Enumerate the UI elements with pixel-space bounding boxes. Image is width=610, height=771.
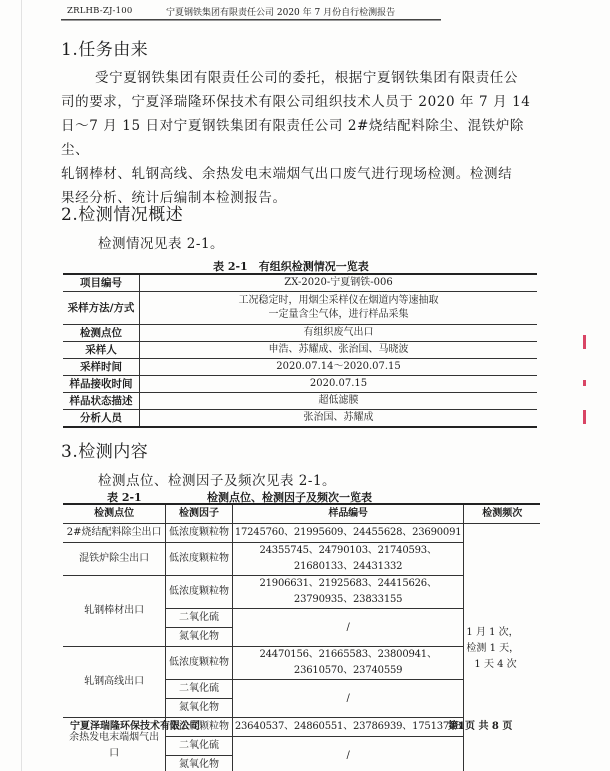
factor-cell: 低浓度颗粒物 bbox=[166, 647, 233, 680]
footer-company: 宁夏泽瑞隆环保技术有限公司 bbox=[70, 717, 200, 732]
seal-stamp-fragment bbox=[583, 410, 586, 424]
row-label: 采样人 bbox=[63, 342, 140, 359]
factor-cell: 氮氧化物 bbox=[166, 756, 233, 771]
paragraph-line: 司的要求，宁夏泽瑞隆环保技术有限公司组织技术人员于 2020 年 7 月 14 bbox=[61, 90, 531, 114]
samples-cell: / bbox=[232, 609, 464, 647]
seal-stamp-fragment bbox=[583, 335, 586, 349]
seal-stamp-fragment bbox=[583, 380, 586, 386]
factor-cell: 低浓度颗粒物 bbox=[166, 543, 233, 576]
factor-cell: 二氧化硫 bbox=[166, 737, 233, 756]
paragraph-line: 轧钢棒材、轧钢高线、余热发电末端烟气出口废气进行现场检测。检测结 bbox=[61, 162, 531, 186]
document-code: ZRLHB-ZJ-100 bbox=[67, 6, 132, 16]
column-header: 检测因子 bbox=[166, 504, 233, 524]
factor-cell: 二氧化硫 bbox=[166, 609, 233, 628]
row-value: ZX-2020-宁夏钢铁-006 bbox=[140, 274, 538, 292]
row-label: 采样方法/方式 bbox=[63, 292, 140, 325]
table-row: 样品状态描述 超低滤膜 bbox=[63, 393, 537, 410]
samples-cell: 23640537、24860551、23786939、17513788 bbox=[232, 718, 464, 737]
factor-cell: 低浓度颗粒物 bbox=[166, 524, 233, 543]
row-label: 样品接收时间 bbox=[63, 376, 140, 393]
samples-cell: / bbox=[232, 680, 464, 718]
row-value: 张治国、苏耀成 bbox=[140, 410, 538, 428]
row-value: 申浩、苏耀成、张治国、马晓波 bbox=[140, 342, 538, 359]
location-cell: 轧钢棒材出口 bbox=[63, 576, 166, 647]
column-header: 样品编号 bbox=[232, 504, 464, 524]
row-value: 有组织废气出口 bbox=[140, 325, 538, 342]
factor-cell: 氮氧化物 bbox=[166, 699, 233, 718]
paragraph-line: 受宁夏钢铁集团有限责任公司的委托，根据宁夏钢铁集团有限责任公 bbox=[61, 66, 531, 90]
row-value: 工况稳定时，用烟尘采样仪在烟道内等速抽取 一定量含尘气体，进行样品采集 bbox=[140, 292, 538, 325]
samples-cell: 17245760、21995609、24455628、23690091 bbox=[232, 524, 464, 543]
table-row: 检测点位 有组织废气出口 bbox=[63, 325, 537, 342]
table-row: 分析人员 张治国、苏耀成 bbox=[63, 410, 537, 428]
table-row: 采样方法/方式 工况稳定时，用烟尘采样仪在烟道内等速抽取 一定量含尘气体，进行样… bbox=[63, 292, 537, 325]
samples-cell: / bbox=[232, 737, 464, 771]
section-2-intro: 检测情况见表 2-1。 bbox=[98, 232, 224, 252]
section-3-heading: 3.检测内容 bbox=[61, 437, 148, 462]
table-row: 2#烧结配料除尘出口 低浓度颗粒物 17245760、21995609、2445… bbox=[63, 524, 540, 543]
row-label: 样品状态描述 bbox=[63, 393, 140, 410]
table-row: 项目编号 ZX-2020-宁夏钢铁-006 bbox=[63, 274, 537, 292]
table-row: 采样时间 2020.07.14～2020.07.15 bbox=[63, 359, 537, 376]
row-label: 检测点位 bbox=[63, 325, 140, 342]
sampling-overview-table: 项目编号 ZX-2020-宁夏钢铁-006 采样方法/方式 工况稳定时，用烟尘采… bbox=[63, 273, 537, 428]
row-label: 分析人员 bbox=[63, 410, 140, 428]
section-1-paragraph: 受宁夏钢铁集团有限责任公司的委托，根据宁夏钢铁集团有限责任公 司的要求，宁夏泽瑞… bbox=[61, 66, 531, 210]
factor-cell: 二氧化硫 bbox=[166, 680, 233, 699]
samples-cell: 24355745、24790103、21740593、21680133、2443… bbox=[232, 543, 464, 576]
location-cell: 轧钢高线出口 bbox=[63, 647, 166, 718]
page-number: 第1页 共 8 页 bbox=[448, 717, 512, 732]
row-value: 超低滤膜 bbox=[140, 393, 538, 410]
samples-cell: 24470156、21665583、23800941、23610570、2374… bbox=[232, 647, 464, 680]
row-label: 采样时间 bbox=[63, 359, 140, 376]
table-row: 样品接收时间 2020.07.15 bbox=[63, 376, 537, 393]
factor-cell: 低浓度颗粒物 bbox=[166, 576, 233, 609]
header-divider-shadow bbox=[61, 20, 441, 21]
table-row: 采样人 申浩、苏耀成、张治国、马晓波 bbox=[63, 342, 537, 359]
table-1-caption: 表 2-1 有组织检测情况一览表 bbox=[213, 258, 369, 274]
table-header-row: 检测点位 检测因子 样品编号 检测频次 bbox=[63, 504, 540, 524]
samples-cell: 21906631、21925683、24415626、23790935、2383… bbox=[232, 576, 464, 609]
column-header: 检测点位 bbox=[63, 504, 166, 524]
paragraph-line: 日～7 月 15 日对宁夏钢铁集团有限责任公司 2#烧结配料除尘、混铁炉除尘、 bbox=[61, 114, 531, 162]
row-value: 2020.07.14～2020.07.15 bbox=[140, 359, 538, 376]
page-edge bbox=[21, 0, 22, 771]
section-2-heading: 2.检测情况概述 bbox=[61, 200, 183, 225]
factor-cell: 氮氧化物 bbox=[166, 628, 233, 647]
location-cell: 混铁炉除尘出口 bbox=[63, 543, 166, 576]
section-3-intro: 检测点位、检测因子及频次见表 2-1。 bbox=[98, 469, 336, 489]
row-label: 项目编号 bbox=[63, 274, 140, 292]
location-cell: 2#烧结配料除尘出口 bbox=[63, 524, 166, 543]
row-value: 2020.07.15 bbox=[140, 376, 538, 393]
column-header: 检测频次 bbox=[464, 504, 540, 524]
header-title: 宁夏钢铁集团有限责任公司 2020 年 7 月份自行检测报告 bbox=[166, 5, 395, 18]
frequency-cell: 1 月 1 次， 检测 1 天， 1 天 4 次 bbox=[464, 524, 540, 771]
section-1-heading: 1.任务由来 bbox=[61, 35, 148, 60]
